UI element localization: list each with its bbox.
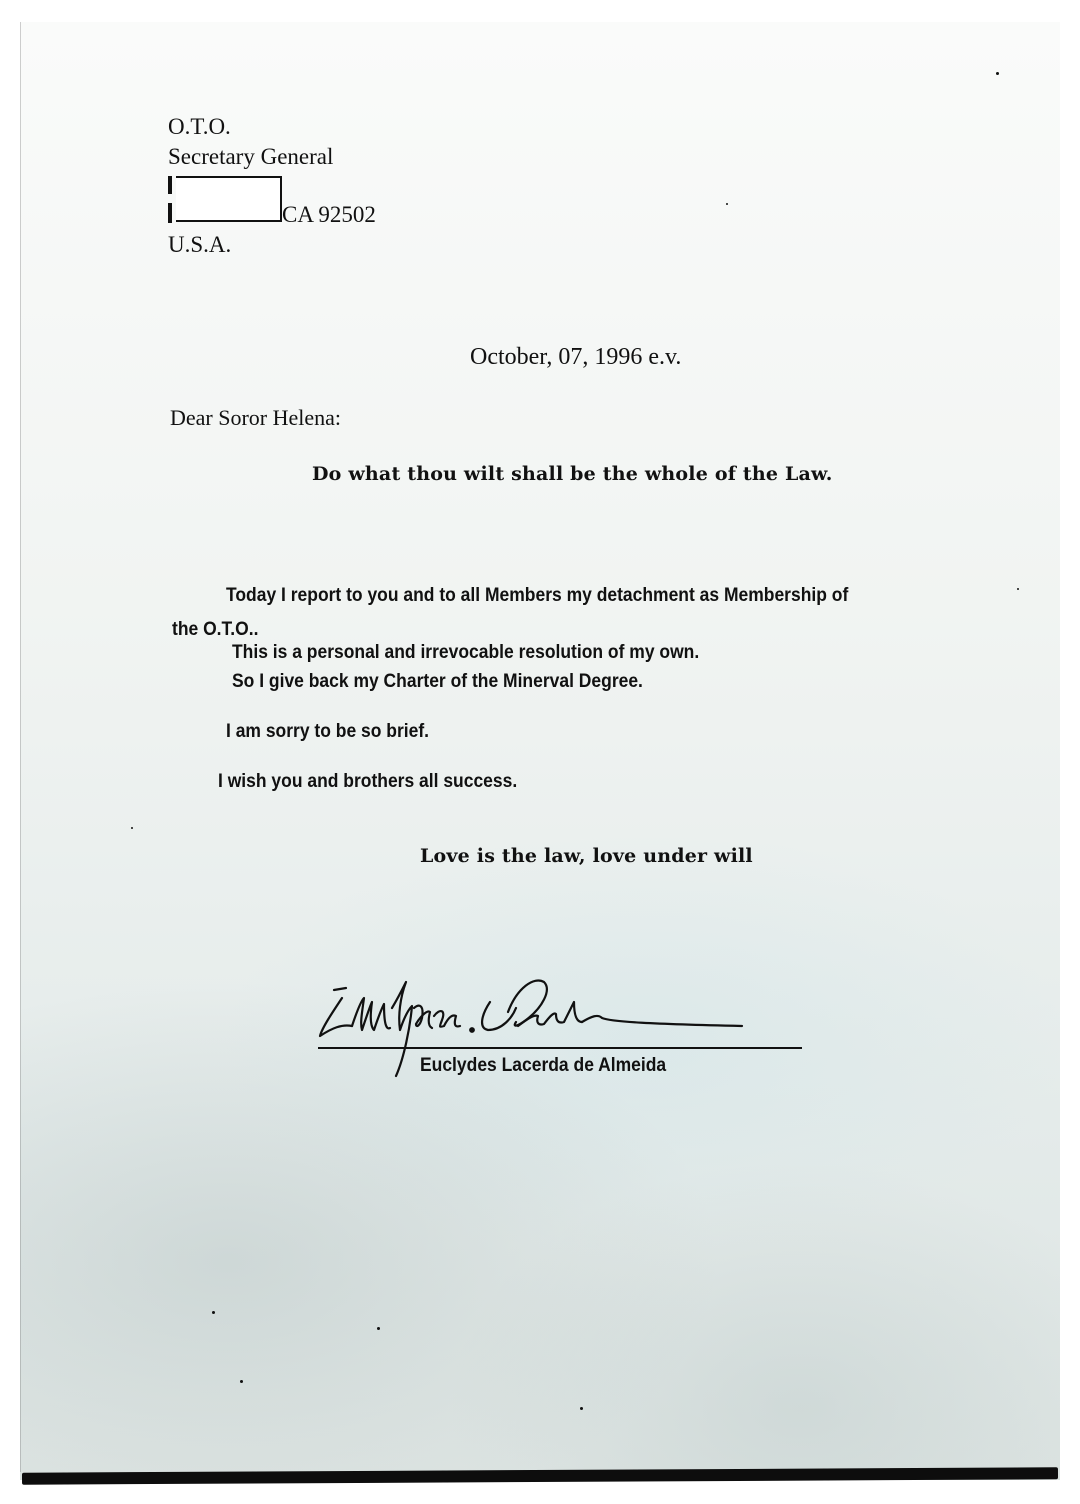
redacted-text-fragment (168, 176, 172, 194)
redacted-address-box (176, 176, 282, 222)
recipient-city-zip: CA 92502 (282, 200, 376, 230)
opening-motto: Do what thou wilt shall be the whole of … (312, 463, 833, 485)
body-paragraph-4: I am sorry to be so brief. (226, 721, 429, 743)
scan-speck (240, 1380, 243, 1383)
scan-speck (580, 1407, 583, 1410)
scan-speck (131, 827, 133, 829)
scan-speck (377, 1327, 380, 1330)
body-paragraph-1-continued: the O.T.O.. (172, 619, 258, 641)
closing-motto: Love is the law, love under will (420, 845, 753, 867)
scan-speck (212, 1311, 215, 1314)
salutation: Dear Soror Helena: (170, 405, 341, 431)
letter-date: October, 07, 1996 e.v. (470, 344, 681, 371)
scan-speck (1017, 588, 1019, 590)
body-paragraph-1: Today I report to you and to all Members… (226, 585, 848, 607)
body-paragraph-3: So I give back my Charter of the Minerva… (232, 671, 643, 693)
paper-edge-left (20, 22, 21, 1472)
recipient-line-2: Secretary General (168, 142, 333, 172)
body-paragraph-5: I wish you and brothers all success. (218, 771, 517, 793)
scan-speck (726, 203, 728, 205)
body-paragraph-2: This is a personal and irrevocable resol… (232, 642, 699, 664)
signature-line (318, 1047, 802, 1049)
scan-speck (996, 72, 999, 75)
signatory-name: Euclydes Lacerda de Almeida (420, 1055, 666, 1077)
recipient-country: U.S.A. (168, 230, 231, 260)
recipient-line-1: O.T.O. (168, 112, 231, 142)
redacted-text-fragment (168, 203, 172, 223)
